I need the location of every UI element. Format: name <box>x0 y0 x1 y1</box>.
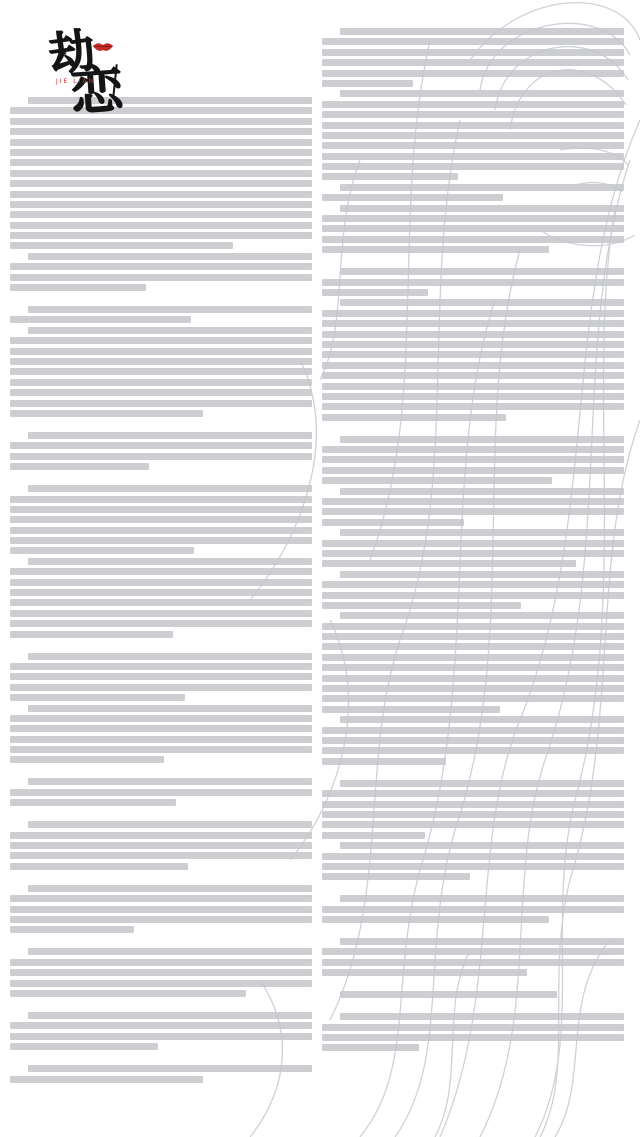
redacted-text-line <box>322 832 425 839</box>
redacted-text-line <box>10 463 149 470</box>
redacted-text-line <box>10 663 312 670</box>
redacted-text-line <box>10 715 312 722</box>
redacted-text-line <box>322 959 624 966</box>
redacted-paragraph <box>322 612 624 713</box>
redacted-text-line <box>340 780 624 787</box>
redacted-paragraph <box>10 821 312 870</box>
redacted-text-line <box>10 799 176 806</box>
redacted-text-line <box>10 547 194 554</box>
redacted-paragraph <box>10 558 312 638</box>
redacted-paragraph <box>10 705 312 764</box>
redacted-paragraph <box>322 716 624 765</box>
redacted-text-line <box>340 205 624 212</box>
redacted-text-line <box>322 236 624 243</box>
redacted-text-line <box>10 863 188 870</box>
redacted-paragraph <box>10 948 312 997</box>
redacted-text-line <box>10 980 312 987</box>
redacted-text-line <box>10 736 312 743</box>
redacted-text-line <box>322 111 624 118</box>
redacted-text-line <box>322 747 624 754</box>
redacted-text-line <box>10 358 312 365</box>
redacted-text-line <box>10 191 312 198</box>
redacted-text-line <box>322 758 446 765</box>
redacted-text-line <box>322 132 624 139</box>
redacted-text-line <box>322 310 624 317</box>
redacted-text-line <box>322 853 624 860</box>
redacted-text-line <box>322 916 549 923</box>
redacted-text-line <box>322 706 500 713</box>
redacted-text-line <box>322 801 624 808</box>
redacted-paragraph <box>322 938 624 976</box>
redacted-text-line <box>10 895 312 902</box>
redacted-text-line <box>28 306 312 313</box>
redacted-text-line <box>28 1012 312 1019</box>
redacted-text-line <box>322 372 624 379</box>
redacted-text-line <box>10 969 312 976</box>
redacted-text-line <box>10 589 312 596</box>
redacted-text-line <box>10 107 312 114</box>
redacted-text-line <box>340 895 624 902</box>
redacted-paragraph <box>322 90 624 180</box>
redacted-text-line <box>322 289 428 296</box>
redacted-text-line <box>10 746 312 753</box>
redacted-text-line <box>322 811 624 818</box>
redacted-text-line <box>10 842 312 849</box>
redacted-text-line <box>10 568 312 575</box>
redacted-text-line <box>322 456 624 463</box>
redacted-text-line <box>322 320 624 327</box>
redacted-text-line <box>10 537 312 544</box>
redacted-text-line <box>28 558 312 565</box>
redacted-text-line <box>322 279 624 286</box>
redacted-paragraph <box>322 184 624 201</box>
redacted-text-line <box>10 832 312 839</box>
redacted-paragraph <box>10 653 312 702</box>
redacted-text-line <box>28 432 312 439</box>
redacted-text-line <box>10 516 312 523</box>
redacted-text-line <box>10 959 312 966</box>
page-root: { "page": { "background_color": "#ffffff… <box>0 0 640 1137</box>
redacted-paragraph <box>10 778 312 806</box>
redacted-text-line <box>10 926 134 933</box>
redacted-text-line <box>322 623 624 630</box>
redacted-text-line <box>322 341 624 348</box>
redacted-paragraph <box>10 327 312 417</box>
redacted-text-line <box>10 337 312 344</box>
redacted-text-line <box>322 685 624 692</box>
redacted-text-line <box>322 362 624 369</box>
redacted-paragraph <box>322 842 624 880</box>
redacted-text-line <box>322 331 624 338</box>
redacted-paragraph <box>322 895 624 923</box>
redacted-text-line <box>10 631 173 638</box>
redacted-paragraph <box>322 268 624 296</box>
redacted-text-line <box>10 389 312 396</box>
redacted-text-line <box>10 118 312 125</box>
redacted-text-line <box>10 496 312 503</box>
redacted-text-line <box>322 519 464 526</box>
redacted-text-line <box>10 673 312 680</box>
redacted-paragraph <box>10 432 312 470</box>
redacted-text-line <box>322 737 624 744</box>
redacted-text-line <box>322 414 506 421</box>
redacted-text-line <box>10 442 312 449</box>
redacted-text-line <box>322 675 624 682</box>
redacted-paragraph <box>10 97 312 249</box>
redacted-paragraph <box>322 991 624 998</box>
redacted-text-line <box>10 128 312 135</box>
redacted-text-line <box>340 716 624 723</box>
redacted-text-line <box>322 1024 624 1031</box>
redacted-paragraph <box>10 1012 312 1050</box>
redacted-text-line <box>10 242 233 249</box>
redacted-text-line <box>10 274 312 281</box>
redacted-text-line <box>322 225 624 232</box>
redacted-text-line <box>322 403 624 410</box>
redacted-text-line <box>28 948 312 955</box>
redacted-text-line <box>10 1022 312 1029</box>
redacted-text-line <box>322 821 624 828</box>
redacted-text-line <box>28 253 312 260</box>
redacted-text-line <box>322 643 624 650</box>
logo: 劫 恋 JIE LIAN <box>30 6 160 106</box>
redacted-text-line <box>322 38 624 45</box>
redacted-text-line <box>322 560 576 567</box>
redacted-paragraph <box>10 253 312 291</box>
redacted-text-line <box>322 906 624 913</box>
redacted-paragraph <box>322 299 624 420</box>
redacted-text-line <box>322 498 624 505</box>
text-column-left <box>10 97 312 1086</box>
redacted-text-line <box>322 790 624 797</box>
redacted-text-line <box>340 529 624 536</box>
redacted-text-line <box>10 756 164 763</box>
redacted-text-line <box>340 612 624 619</box>
redacted-text-line <box>10 1076 203 1083</box>
redacted-text-line <box>340 991 557 998</box>
redacted-text-line <box>10 694 185 701</box>
redacted-text-line <box>322 727 624 734</box>
redacted-paragraph <box>10 885 312 934</box>
redacted-text-line <box>322 70 624 77</box>
redacted-text-line <box>322 540 624 547</box>
redacted-text-line <box>322 163 624 170</box>
redacted-text-line <box>322 153 624 160</box>
redacted-text-line <box>10 620 312 627</box>
redacted-text-line <box>10 610 312 617</box>
redacted-text-line <box>322 80 413 87</box>
redacted-paragraph <box>10 1065 312 1082</box>
redacted-text-line <box>10 232 312 239</box>
redacted-text-line <box>322 467 624 474</box>
redacted-text-line <box>322 1034 624 1041</box>
redacted-text-line <box>10 316 191 323</box>
redacted-text-line <box>322 873 470 880</box>
redacted-text-line <box>10 852 312 859</box>
redacted-paragraph <box>322 1013 624 1051</box>
redacted-text-line <box>340 488 624 495</box>
redacted-text-line <box>340 1013 624 1020</box>
redacted-text-line <box>28 705 312 712</box>
redacted-text-line <box>28 778 312 785</box>
redacted-text-line <box>322 173 458 180</box>
redacted-text-line <box>10 579 312 586</box>
redacted-text-line <box>322 695 624 702</box>
redacted-paragraph <box>322 529 624 567</box>
redacted-text-line <box>10 263 312 270</box>
redacted-text-line <box>10 222 312 229</box>
text-column-right <box>322 28 624 1055</box>
redacted-paragraph <box>10 485 312 554</box>
redacted-text-line <box>340 184 624 191</box>
redacted-text-line <box>322 59 624 66</box>
redacted-text-line <box>340 436 624 443</box>
redacted-paragraph <box>322 571 624 609</box>
redacted-text-line <box>340 268 624 275</box>
redacted-text-line <box>10 348 312 355</box>
redacted-text-line <box>322 351 624 358</box>
redacted-text-line <box>10 1043 158 1050</box>
redacted-text-line <box>322 446 624 453</box>
redacted-text-line <box>340 842 624 849</box>
redacted-text-line <box>10 599 312 606</box>
redacted-paragraph <box>322 488 624 526</box>
redacted-text-line <box>10 789 312 796</box>
logo-char-lian: 恋 <box>67 46 124 124</box>
redacted-text-line <box>10 379 312 386</box>
redacted-text-line <box>10 368 312 375</box>
redacted-text-line <box>10 149 312 156</box>
redacted-text-line <box>322 602 521 609</box>
redacted-text-line <box>322 508 624 515</box>
logo-subtitle: JIE LIAN <box>56 78 95 85</box>
redacted-text-line <box>322 592 624 599</box>
redacted-text-line <box>322 122 624 129</box>
redacted-text-line <box>10 916 312 923</box>
redacted-text-line <box>340 299 624 306</box>
redacted-text-line <box>10 410 203 417</box>
redacted-text-line <box>28 1065 312 1072</box>
redacted-text-line <box>10 453 312 460</box>
redacted-text-line <box>10 180 312 187</box>
redacted-text-line <box>322 550 624 557</box>
redacted-text-line <box>322 1044 419 1051</box>
redacted-text-line <box>10 725 312 732</box>
redacted-text-line <box>340 28 624 35</box>
redacted-paragraph <box>322 28 624 87</box>
redacted-text-line <box>322 948 624 955</box>
redacted-text-line <box>10 684 312 691</box>
redacted-text-line <box>322 863 624 870</box>
redacted-text-line <box>10 139 312 146</box>
redacted-text-line <box>322 246 549 253</box>
redacted-text-line <box>10 906 312 913</box>
redacted-text-line <box>322 477 552 484</box>
redacted-text-line <box>322 194 503 201</box>
redacted-text-line <box>28 821 312 828</box>
redacted-text-line <box>10 284 146 291</box>
redacted-paragraph <box>322 780 624 839</box>
redacted-text-line <box>10 211 312 218</box>
redacted-text-line <box>10 506 312 513</box>
redacted-text-line <box>340 90 624 97</box>
redacted-text-line <box>322 49 624 56</box>
redacted-text-line <box>10 400 312 407</box>
redacted-text-line <box>10 990 246 997</box>
redacted-text-line <box>10 201 312 208</box>
redacted-text-line <box>340 571 624 578</box>
redacted-text-line <box>340 938 624 945</box>
redacted-text-line <box>10 159 312 166</box>
redacted-text-line <box>322 664 624 671</box>
redacted-text-line <box>28 885 312 892</box>
redacted-text-line <box>322 393 624 400</box>
redacted-text-line <box>322 215 624 222</box>
redacted-text-line <box>322 633 624 640</box>
redacted-text-line <box>322 101 624 108</box>
redacted-text-line <box>322 969 527 976</box>
redacted-text-line <box>28 485 312 492</box>
redacted-paragraph <box>10 306 312 323</box>
redacted-text-line <box>28 653 312 660</box>
redacted-text-line <box>322 383 624 390</box>
redacted-text-line <box>322 654 624 661</box>
redacted-text-line <box>10 527 312 534</box>
redacted-text-line <box>322 142 624 149</box>
redacted-text-line <box>10 170 312 177</box>
redacted-text-line <box>10 1033 312 1040</box>
lips-icon <box>92 41 114 53</box>
redacted-text-line <box>28 327 312 334</box>
redacted-text-line <box>322 581 624 588</box>
redacted-paragraph <box>322 436 624 485</box>
redacted-paragraph <box>322 205 624 254</box>
